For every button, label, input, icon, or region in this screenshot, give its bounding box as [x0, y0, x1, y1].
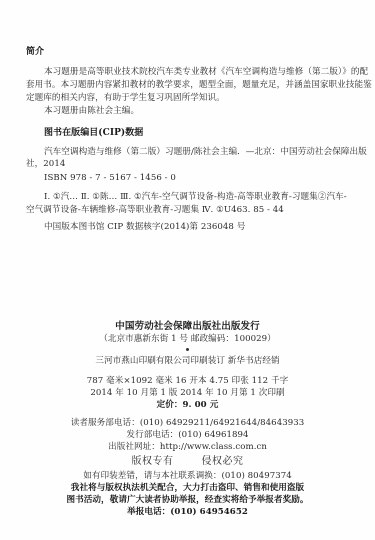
- format-line: 787 毫米×1092 毫米 16 开本 4.75 印张 112 千字: [0, 376, 375, 387]
- cip-title-line-2: 社，2014: [26, 159, 65, 170]
- cip-classification-line-1: Ⅰ. ①汽… Ⅱ. ①陈… Ⅲ. ①汽车-空气调节设备-构造-高等职业教育-习题…: [44, 192, 347, 203]
- intro-heading: 简介: [26, 47, 44, 58]
- distribution-phone: 发行部电话：(010) 64961894: [0, 430, 375, 441]
- intro-paragraph-line-1: 本习题册是高等职业技术院校汽车类专业教材《汽车空调构造与维修（第二版）》的配: [44, 67, 366, 78]
- cip-classification-line-2: 空气调节设备-车辆维修-高等职业教育-习题集 Ⅳ. ①U463. 85 - 44: [26, 205, 284, 216]
- defect-notice: 如有印装差错，请与本社联系调换：(010) 80497374: [0, 471, 375, 482]
- publisher-name: 中国劳动社会保障出版社出版发行: [0, 321, 375, 332]
- price-line: 定价：9. 00 元: [0, 400, 375, 411]
- publisher-address: （北京市惠新东街 1 号 邮政编码：100029）: [0, 334, 375, 345]
- separator-dot: [186, 348, 189, 351]
- copyright-slogan: 版权专有侵权必究: [0, 456, 375, 467]
- cip-heading: 图书在版编目(CIP)数据: [44, 128, 143, 139]
- anti-piracy-line-1: 我社将与版权执法机关配合，大力打击盗印、销售和使用盗版: [0, 483, 375, 494]
- cip-record-number: 中国版本图书馆 CIP 数据核字(2014)第 236048 号: [44, 222, 245, 233]
- printer-line: 三河市燕山印刷有限公司印刷装订 新华书店经销: [0, 356, 375, 367]
- intro-paragraph-line-3: 定题库的相关内容，有助于学生复习巩固所学知识。: [26, 93, 225, 104]
- cip-isbn: ISBN 978 - 7 - 5167 - 1456 - 0: [44, 173, 176, 184]
- publisher-website: 出版社网址：http://www.class.com.cn: [0, 442, 375, 453]
- copyright-reserved: 版权专有: [132, 456, 174, 467]
- intro-paragraph-line-2: 套用书。本习题册内容紧扣教材的教学要求，题型全面，题量充足，并涵盖国家职业技能鉴: [26, 80, 366, 91]
- reader-service-phone: 读者服务部电话：(010) 64929211/64921644/84643933: [0, 418, 375, 429]
- report-phone: 举报电话：(010) 64954652: [0, 507, 375, 518]
- anti-piracy-line-2: 图书活动，敬请广大读者协助举报，经查实将给予举报者奖励。: [0, 495, 375, 506]
- cip-title-line-1: 汽车空调构造与维修（第二版）习题册/陈社会主编．—北京：中国劳动社会保障出版: [44, 147, 367, 158]
- intro-editor-line: 本习题册由陈社会主编。: [44, 106, 139, 117]
- infringement-prohibited: 侵权必究: [202, 456, 244, 467]
- copyright-page: 简介 本习题册是高等职业技术院校汽车类专业教材《汽车空调构造与维修（第二版）》的…: [0, 0, 375, 540]
- edition-line: 2014 年 10 月第 1 版 2014 年 10 月第 1 次印刷: [0, 388, 375, 399]
